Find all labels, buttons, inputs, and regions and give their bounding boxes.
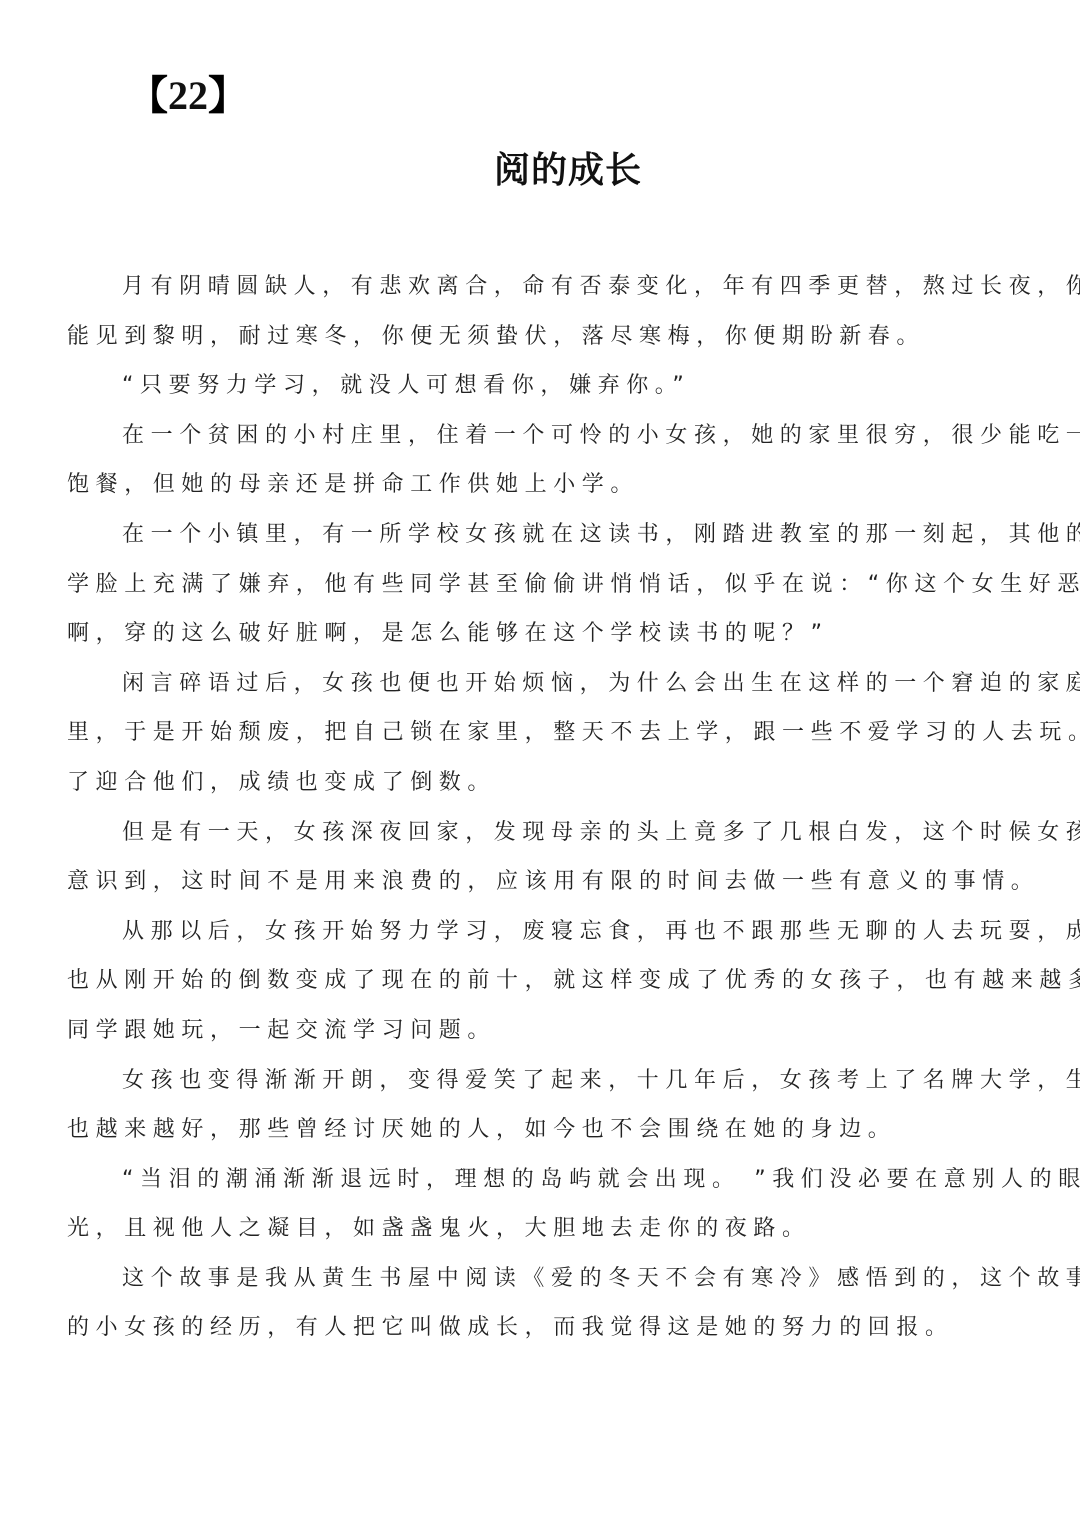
paragraph-4-line-2: 学脸上充满了嫌弃，他有些同学甚至偷偷讲悄悄话，似乎在说：“你这个女生好恶心 [67, 560, 1027, 610]
essay-body: 月有阴晴圆缺人，有悲欢离合，命有否泰变化，年有四季更替，熬过长夜，你便 能见到黎… [67, 262, 1027, 1353]
paragraph-5-line-2: 里，于是开始颓废，把自己锁在家里，整天不去上学，跟一些不爱学习的人去玩。为 [67, 708, 1027, 758]
serial-open-bracket: 【 [128, 73, 168, 118]
paragraph-8-line-2: 也越来越好，那些曾经讨厌她的人，如今也不会围绕在她的身边。 [67, 1105, 1027, 1155]
paragraph-7-line-3: 同学跟她玩，一起交流学习问题。 [67, 1006, 1027, 1056]
paragraph-10-line-2: 的小女孩的经历，有人把它叫做成长，而我觉得这是她的努力的回报。 [67, 1303, 1027, 1353]
essay-title: 阅的成长 [0, 146, 1080, 194]
paragraph-6-line-2: 意识到，这时间不是用来浪费的，应该用有限的时间去做一些有意义的事情。 [67, 857, 1027, 907]
paragraph-1-line-2: 能见到黎明，耐过寒冬，你便无须蛰伏，落尽寒梅，你便期盼新春。 [67, 312, 1027, 362]
paragraph-8-line-1: 女孩也变得渐渐开朗，变得爱笑了起来，十几年后，女孩考上了名牌大学，生活 [67, 1056, 1027, 1106]
paragraph-5-line-3: 了迎合他们，成绩也变成了倒数。 [67, 758, 1027, 808]
paragraph-3-line-2: 饱餐，但她的母亲还是拼命工作供她上小学。 [67, 460, 1027, 510]
serial-number-label: 【22】 [128, 72, 248, 120]
paragraph-9-line-1: “当泪的潮涌渐渐退远时，理想的岛屿就会出现。 ”我们没必要在意别人的眼 [67, 1155, 1027, 1205]
paragraph-7-line-1: 从那以后，女孩开始努力学习，废寝忘食，再也不跟那些无聊的人去玩耍，成绩 [67, 907, 1027, 957]
serial-number: 22 [168, 73, 208, 118]
paragraph-4-line-1: 在一个小镇里，有一所学校女孩就在这读书，刚踏进教室的那一刻起，其他的同 [67, 510, 1027, 560]
paragraph-6-line-1: 但是有一天，女孩深夜回家，发现母亲的头上竟多了几根白发，这个时候女孩才 [67, 808, 1027, 858]
paragraph-3-line-1: 在一个贫困的小村庄里，住着一个可怜的小女孩，她的家里很穷，很少能吃一顿 [67, 411, 1027, 461]
paragraph-9-line-2: 光，且视他人之凝目，如盏盏鬼火，大胆地去走你的夜路。 [67, 1204, 1027, 1254]
paragraph-10-line-1: 这个故事是我从黄生书屋中阅读《爱的冬天不会有寒冷》感悟到的，这个故事中 [67, 1254, 1027, 1304]
paragraph-5-line-1: 闲言碎语过后，女孩也便也开始烦恼，为什么会出生在这样的一个窘迫的家庭 [67, 659, 1027, 709]
document-page: 【22】 阅的成长 月有阴晴圆缺人，有悲欢离合，命有否泰变化，年有四季更替，熬过… [0, 0, 1080, 1527]
paragraph-7-line-2: 也从刚开始的倒数变成了现在的前十，就这样变成了优秀的女孩子，也有越来越多的 [67, 956, 1027, 1006]
paragraph-1-line-1: 月有阴晴圆缺人，有悲欢离合，命有否泰变化，年有四季更替，熬过长夜，你便 [67, 262, 1027, 312]
serial-close-bracket: 】 [208, 73, 248, 118]
paragraph-2-line-1: “只要努力学习，就没人可想看你，嫌弃你。” [67, 361, 1027, 411]
paragraph-4-line-3: 啊，穿的这么破好脏啊，是怎么能够在这个学校读书的呢？” [67, 609, 1027, 659]
